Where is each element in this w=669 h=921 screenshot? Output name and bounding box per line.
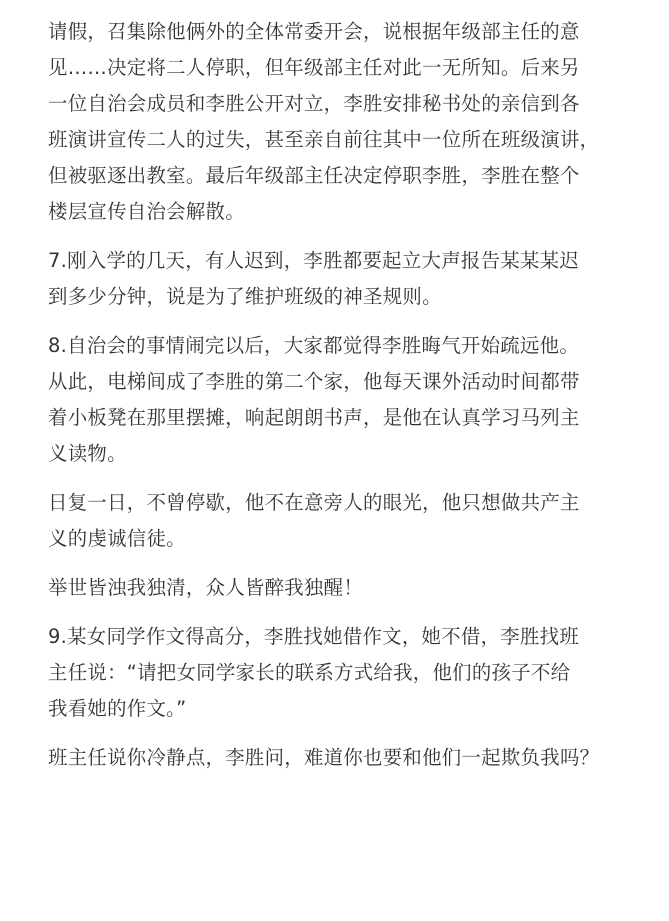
- text-line: 班主任说你冷静点，李胜问，难道你也要和他们一起欺负我吗？: [48, 740, 649, 776]
- text-line: 一位自治会成员和李胜公开对立，李胜安排秘书处的亲信到各: [48, 86, 649, 122]
- text-line: 7.刚入学的几天，有人迟到，李胜都要起立大声报告某某某迟: [48, 243, 649, 279]
- text-line: 8.自治会的事情闹完以后，大家都觉得李胜晦气开始疏远他。: [48, 328, 649, 364]
- paragraph-item-7: 7.刚入学的几天，有人迟到，李胜都要起立大声报告某某某迟 到多少分钟，说是为了维…: [48, 243, 649, 315]
- text-line: 楼层宣传自治会解散。: [48, 194, 649, 230]
- paragraph-quote: 举世皆浊我独清，众人皆醉我独醒！: [48, 570, 649, 606]
- text-line: 请假，召集除他俩外的全体常委开会，说根据年级部主任的意: [48, 14, 649, 50]
- text-line: 义读物。: [48, 436, 649, 472]
- text-line: 着小板凳在那里摆摊，响起朗朗书声，是他在认真学习马列主: [48, 400, 649, 436]
- text-line: 班演讲宣传二人的过失，甚至亲自前往其中一位所在班级演讲，: [48, 122, 649, 158]
- paragraph-day-after-day: 日复一日，不曾停歇，他不在意旁人的眼光，他只想做共产主 义的虔诚信徒。: [48, 485, 649, 557]
- paragraph-item-9: 9.某女同学作文得高分，李胜找她借作文，她不借，李胜找班 主任说：“请把女同学家…: [48, 619, 649, 727]
- text-line: 主任说：“请把女同学家长的联系方式给我，他们的孩子不给: [48, 655, 649, 691]
- text-line: 日复一日，不曾停歇，他不在意旁人的眼光，他只想做共产主: [48, 485, 649, 521]
- text-line: 9.某女同学作文得高分，李胜找她借作文，她不借，李胜找班: [48, 619, 649, 655]
- paragraph-teacher-reply: 班主任说你冷静点，李胜问，难道你也要和他们一起欺负我吗？: [48, 740, 649, 776]
- text-line: 我看她的作文。”: [48, 691, 649, 727]
- text-line: 到多少分钟，说是为了维护班级的神圣规则。: [48, 279, 649, 315]
- article-body: 请假，召集除他俩外的全体常委开会，说根据年级部主任的意 见……决定将二人停职，但…: [0, 0, 669, 776]
- text-line: 见……决定将二人停职，但年级部主任对此一无所知。后来另: [48, 50, 649, 86]
- paragraph-item-8: 8.自治会的事情闹完以后，大家都觉得李胜晦气开始疏远他。 从此，电梯间成了李胜的…: [48, 328, 649, 472]
- text-line: 义的虔诚信徒。: [48, 521, 649, 557]
- text-line: 从此，电梯间成了李胜的第二个家，他每天课外活动时间都带: [48, 364, 649, 400]
- text-line: 举世皆浊我独清，众人皆醉我独醒！: [48, 570, 649, 606]
- text-line: 但被驱逐出教室。最后年级部主任决定停职李胜，李胜在整个: [48, 158, 649, 194]
- paragraph-student-council: 请假，召集除他俩外的全体常委开会，说根据年级部主任的意 见……决定将二人停职，但…: [48, 14, 649, 230]
